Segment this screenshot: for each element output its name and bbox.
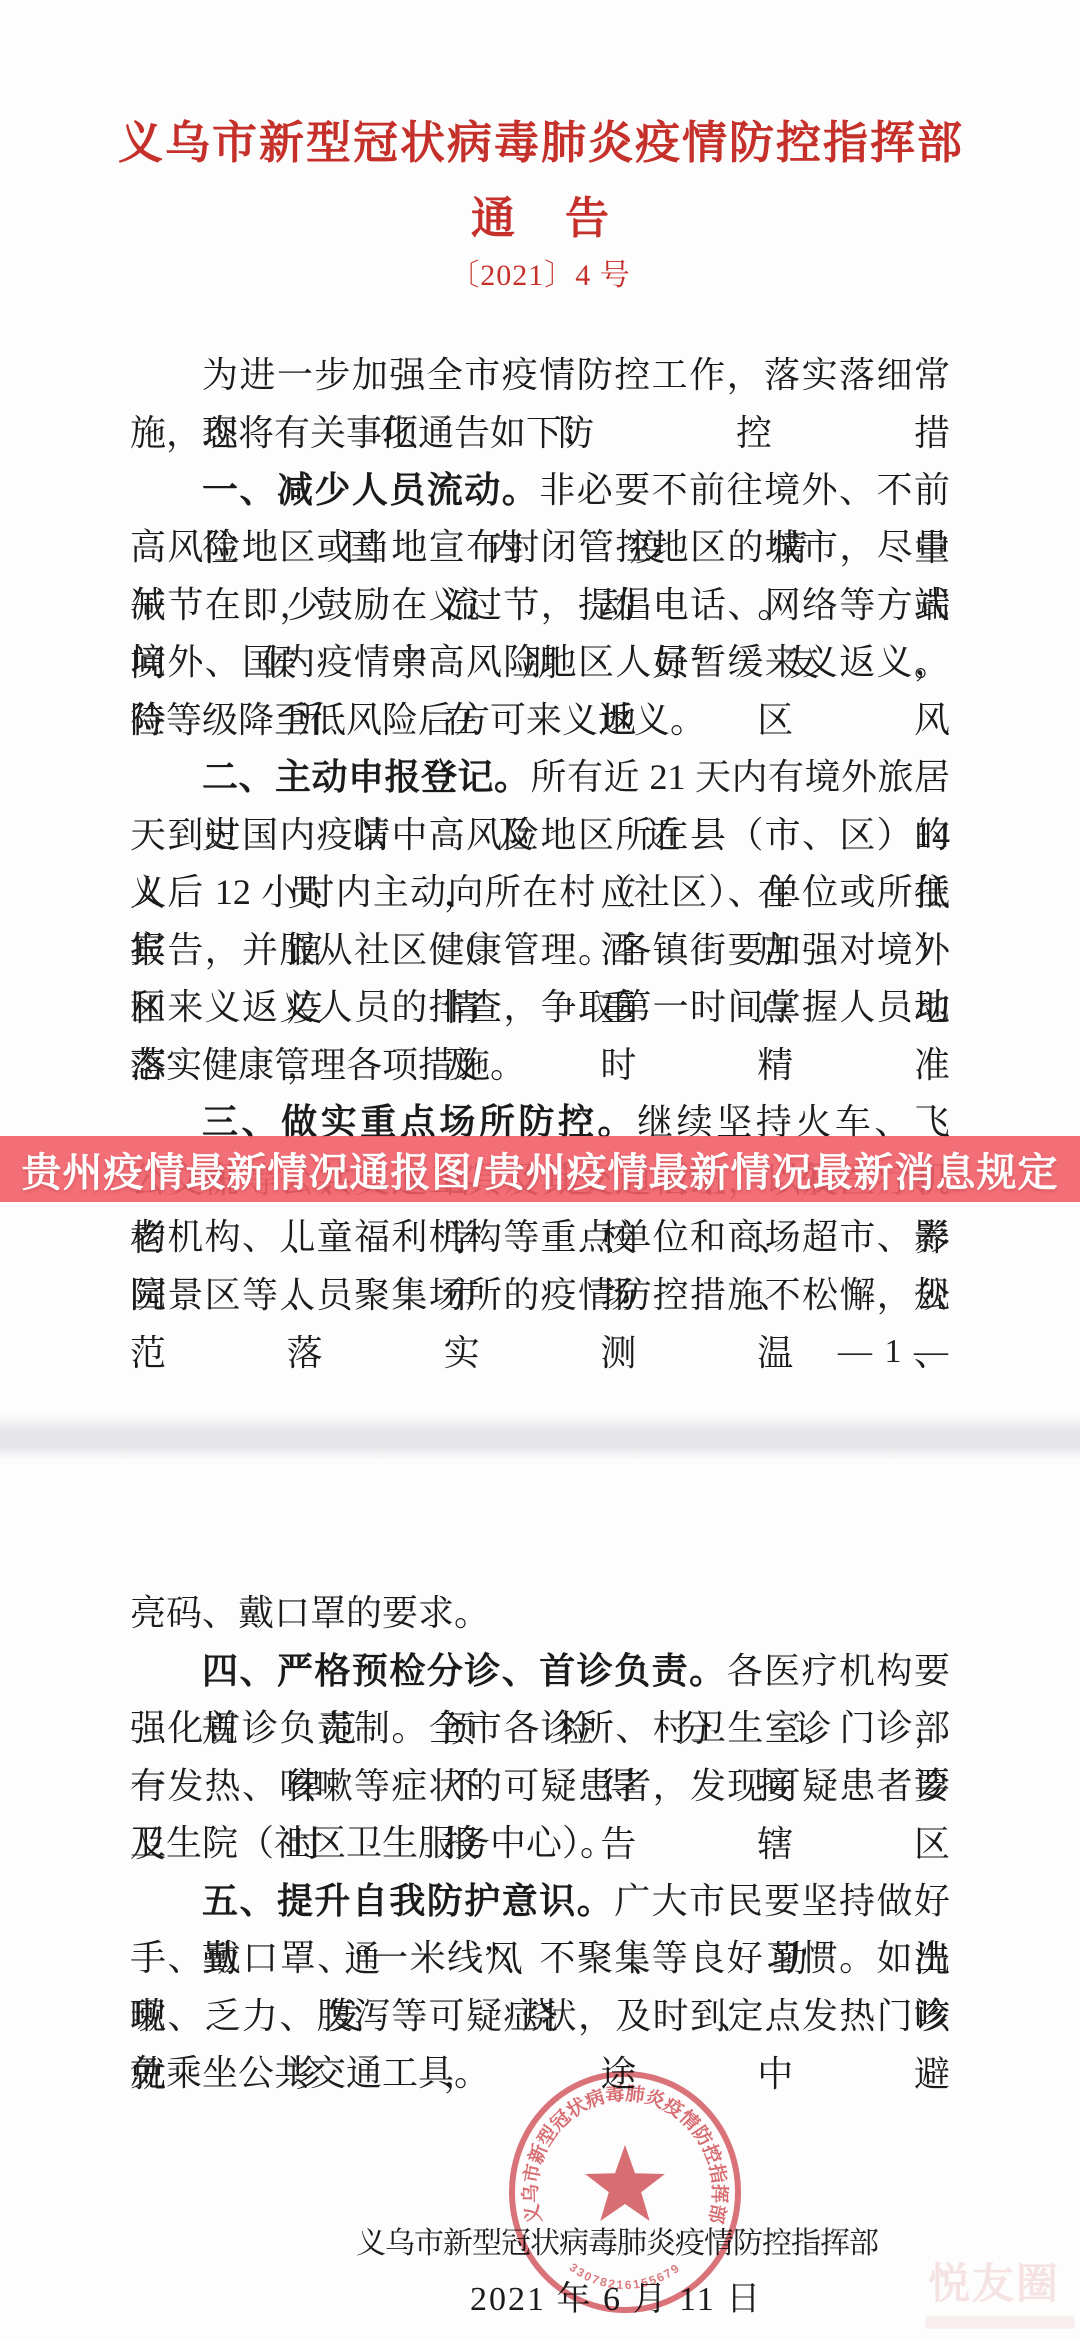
page2-line-5: 卫生院（社区卫生服务中心）。 [130,1814,950,1872]
page1-line-10: 义后 12 小时内主动向所在村（社区）、单位或所住宾馆（酒店） [130,863,950,921]
notice-doc-number: 〔2021〕4 号 [0,256,1080,296]
page1-line-4: 高风险地区或当地宣布封闭管控地区的城市，尽量减少流动。端 [130,518,950,576]
page2-line-2: 四、严格预检分诊、首诊负责。各医疗机构要规范预检分诊， [130,1642,950,1700]
overlay-caption-banner: 贵州疫情最新情况通报图/贵州疫情最新情况最新消息规定 [0,1136,1080,1202]
page2-line-4: 有发热、咳嗽等症状的可疑患者，发现可疑患者要及时报告辖区 [130,1757,950,1815]
line-text: 落实健康管理各项措施。 [130,1045,526,1085]
svg-text:33078216155679: 33078216155679 [567,2260,684,2292]
page1-line-17: 园景区等人员聚集场所的疫情防控措施不松懈，规范落实测温、 [130,1266,950,1324]
document-screenshot: { "colors":{ "title_red":"#c5302b", "ban… [0,0,1080,2340]
page1-line-3: 一、减少人员流动。非必要不前往境外、不前往国内疫情中 [130,461,950,519]
page-number: — 1 — [838,1323,950,1381]
section-lead: 一、减少人员流动。 [202,469,539,510]
site-watermark: 悦友圈 [928,2258,1060,2310]
line-text: 险等级降至低风险后方可来义返义。 [130,700,706,740]
line-text: 园景区等人员聚集场所的疫情防控措施不松懈，规范落实测温、 [130,1275,950,1373]
page1-line-2: 施，现将有关事项通告如下： [130,404,950,462]
official-seal: 义乌市新型冠状病毒肺炎疫情防控指挥部 33078216155679 [505,2067,745,2317]
page2-line-7: 手、戴口罩、“一米线”、不聚集等良好习惯。如出现发烧、咳 [130,1929,950,1987]
page2-line-3: 强化首诊负责制。全市各诊所、村卫生室、门诊部一律不得接诊 [130,1699,950,1757]
page2-line-6: 五、提升自我防护意识。广大市民要坚持做好勤通风、勤洗 [130,1872,950,1930]
page1-line-13: 落实健康管理各项措施。 [130,1036,950,1094]
section-lead: 二、主动申报登记。 [202,756,531,797]
line-text: 卫生院（社区卫生服务中心）。 [130,1823,616,1863]
page1-line-6: 境外、国内疫情中高风险地区人员暂缓来义返义，待所在地区风 [130,633,950,691]
page1-line-9: 天到过国内疫情中高风险地区所在县（市、区）的人员，应在抵 [130,806,950,864]
page-break-divider [0,1412,1080,1460]
section-lead: 四、严格预检分诊、首诊负责。 [202,1650,727,1691]
line-text: 施，现将有关事项通告如下： [130,413,598,453]
page1-line-12: 区来义返义人员的排查，争取第一时间掌握人员动态，及时精准 [130,978,950,1036]
notice-issuer-title: 义乌市新型冠状病毒肺炎疫情防控指挥部 [0,112,1080,174]
line-text: 免乘坐公共交通工具。 [130,2053,490,2093]
page1-line-8: 二、主动申报登记。所有近 21 天内有境外旅居史以及近 14 [130,748,950,806]
page2-line-8: 嗽、乏力、腹泻等可疑症状，及时到定点发热门诊就诊，途中避 [130,1987,950,2045]
section-lead: 五、提升自我防护意识。 [202,1880,614,1921]
line-text: 亮码、戴口罩的要求。 [130,1593,490,1633]
page1-line-5: 午节在即，鼓励在义过节，提倡电话、网络等方式问候亲朋好友。 [130,576,950,634]
page1-line-7: 险等级降至低风险后方可来义返义。 [130,691,950,749]
seal-serial-number: 33078216155679 [567,2260,684,2292]
seal-star-icon [585,2145,665,2221]
page1-line-1: 为进一步加强全市疫情防控工作，落实落细常态化防控措 [130,346,950,404]
page2-line-1: 亮码、戴口罩的要求。 [130,1584,950,1642]
page1-line-16: 老机构、儿童福利机构等重点单位和商场超市、影院、市场、公 [130,1208,950,1266]
site-watermark-subtext [925,2316,1075,2329]
notice-doc-type: 通告 [0,190,1080,248]
page1-line-11: 报告，并服从社区健康管理。各镇街要加强对境外和疫情重点地 [130,921,950,979]
